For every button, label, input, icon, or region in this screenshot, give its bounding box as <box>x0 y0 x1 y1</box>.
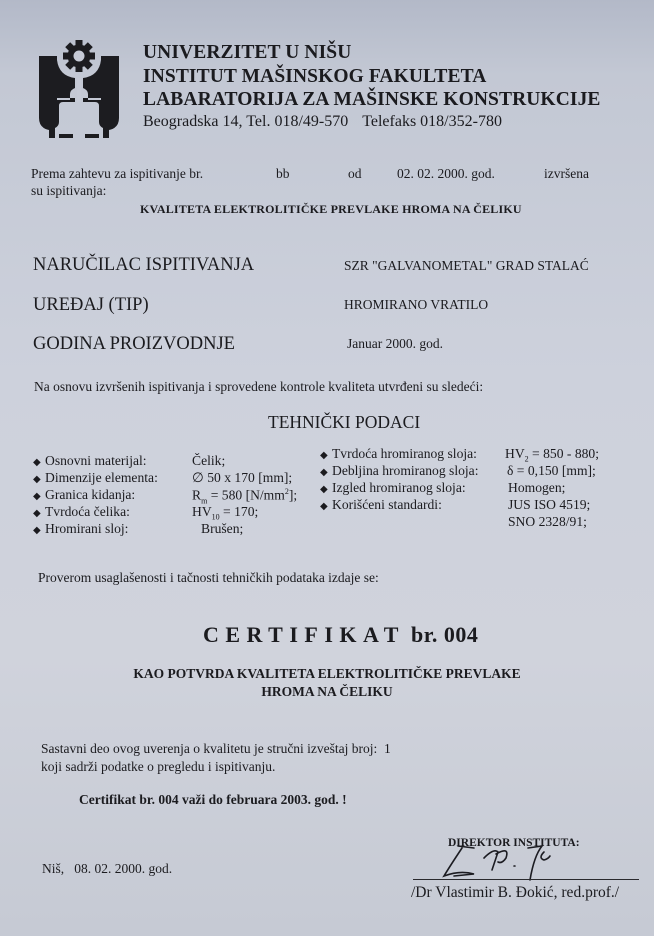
certificate-number: br. 004 <box>411 622 478 647</box>
diamond-bullet-icon: ◆ <box>320 450 332 461</box>
spec-row: ◆Tvrdoća hromiranog sloja: <box>320 446 477 462</box>
field-value-year: Januar 2000. god. <box>347 336 443 352</box>
diamond-bullet-icon: ◆ <box>33 491 45 502</box>
address-phone: Beogradska 14, Tel. 018/49-570 <box>143 113 348 130</box>
diamond-bullet-icon: ◆ <box>33 508 45 519</box>
technical-data-title: TEHNIČKI PODACI <box>268 412 420 433</box>
spec-value: Rm = 580 [N/mm2]; <box>192 487 297 505</box>
spec-label: Dimenzije elementa: <box>45 470 158 485</box>
issue-text: Proverom usaglašenosti i tačnosti tehnič… <box>38 570 379 586</box>
field-label-client: NARUČILAC ISPITIVANJA <box>33 255 254 276</box>
spec-value: δ = 0,150 [mm]; <box>507 463 596 479</box>
spec-value: SNO 2328/91; <box>508 514 587 530</box>
diamond-bullet-icon: ◆ <box>320 484 332 495</box>
spec-row: ◆Dimenzije elementa: <box>33 470 158 486</box>
report-number: 1 <box>384 741 391 756</box>
validity-text: Certifikat br. 004 važi do februara 2003… <box>79 792 347 808</box>
spec-row: ◆Osnovni materijal: <box>33 453 147 469</box>
spec-row: ◆Izgled hromiranog sloja: <box>320 480 466 496</box>
spec-row: ◆Hromirani sloj: <box>33 521 128 537</box>
diamond-bullet-icon: ◆ <box>33 457 45 468</box>
request-number: bb <box>276 166 290 182</box>
fax-number: Telefaks 018/352-780 <box>362 113 502 130</box>
spec-row: ◆Korišćeni standardi: <box>320 497 442 513</box>
institution-name-line: LABARATORIJA ZA MAŠINSKE KONSTRUKCIJE <box>143 89 601 111</box>
request-izvrsena: izvršena <box>544 166 589 182</box>
institution-name-line: INSTITUT MAŠINSKOG FAKULTETA <box>143 66 486 88</box>
spec-row: ◆Granica kidanja: <box>33 487 135 503</box>
field-label-year: GODINA PROIZVODNJE <box>33 334 235 355</box>
test-subject: KVALITETA ELEKTROLITIČKE PREVLAKE HROMA … <box>140 202 522 217</box>
spec-value: Brušen; <box>201 521 243 537</box>
signature-line <box>413 879 639 880</box>
director-name: /Dr Vlastimir B. Đokić, red.prof./ <box>411 884 619 902</box>
request-date: 02. 02. 2000. god. <box>397 166 495 182</box>
spec-label: Osnovni materijal: <box>45 453 147 468</box>
place-date: Niš, 08. 02. 2000. god. <box>42 861 172 877</box>
spec-value: ∅ 50 x 170 [mm]; <box>192 470 292 486</box>
report-line1: Sastavni deo ovog uverenja o kvalitetu j… <box>41 741 391 757</box>
spec-label: Debljina hromiranog sloja: <box>332 463 478 478</box>
signature-mark <box>440 840 570 882</box>
spec-label: Izgled hromiranog sloja: <box>332 480 466 495</box>
diamond-bullet-icon: ◆ <box>320 501 332 512</box>
certificate-subtitle-line2: HROMA NA ČELIKU <box>0 684 654 700</box>
spec-value: Homogen; <box>508 480 565 496</box>
spec-value: JUS ISO 4519; <box>508 497 590 513</box>
certificate-document: UNIVERZITET U NIŠU INSTITUT MAŠINSKOG FA… <box>0 0 654 936</box>
request-od: od <box>348 166 362 182</box>
spec-label: Tvrdoća čelika: <box>45 504 130 519</box>
spec-label: Korišćeni standardi: <box>332 497 442 512</box>
field-value-client: SZR "GALVANOMETAL" GRAD STALAĆ <box>344 258 589 274</box>
spec-label: Hromirani sloj: <box>45 521 128 536</box>
spec-value: HV10 = 170; <box>192 504 258 522</box>
spec-value: Čelik; <box>192 453 225 469</box>
certificate-title: CERTIFIKAT br. 004 <box>203 622 478 648</box>
field-value-device: HROMIRANO VRATILO <box>344 297 488 313</box>
certificate-word: CERTIFIKAT <box>203 622 405 647</box>
diamond-bullet-icon: ◆ <box>33 474 45 485</box>
request-prefix: Prema zahtevu za ispitivanje br. <box>31 166 203 182</box>
report-line2: koji sadrži podatke o pregledu i ispitiv… <box>41 759 275 775</box>
basis-text: Na osnovu izvršenih ispitivanja i sprove… <box>34 379 483 395</box>
spec-label: Tvrdoća hromiranog sloja: <box>332 446 477 461</box>
spec-row: ◆Tvrdoća čelika: <box>33 504 130 520</box>
institution-address: Beogradska 14, Tel. 018/49-570Telefaks 0… <box>143 113 502 131</box>
certificate-subtitle-line1: KAO POTVRDA KVALITETA ELEKTROLITIČKE PRE… <box>0 666 654 682</box>
institution-name-line: UNIVERZITET U NIŠU <box>143 42 351 64</box>
request-line2: su ispitivanja: <box>31 183 106 199</box>
spec-row: ◆Debljina hromiranog sloja: <box>320 463 478 479</box>
diamond-bullet-icon: ◆ <box>320 467 332 478</box>
spec-label: Granica kidanja: <box>45 487 135 502</box>
field-label-device: UREĐAJ (TIP) <box>33 295 149 316</box>
gear-emblem-icon <box>37 38 121 138</box>
diamond-bullet-icon: ◆ <box>33 525 45 536</box>
spec-value: HV2 = 850 - 880; <box>505 446 599 464</box>
